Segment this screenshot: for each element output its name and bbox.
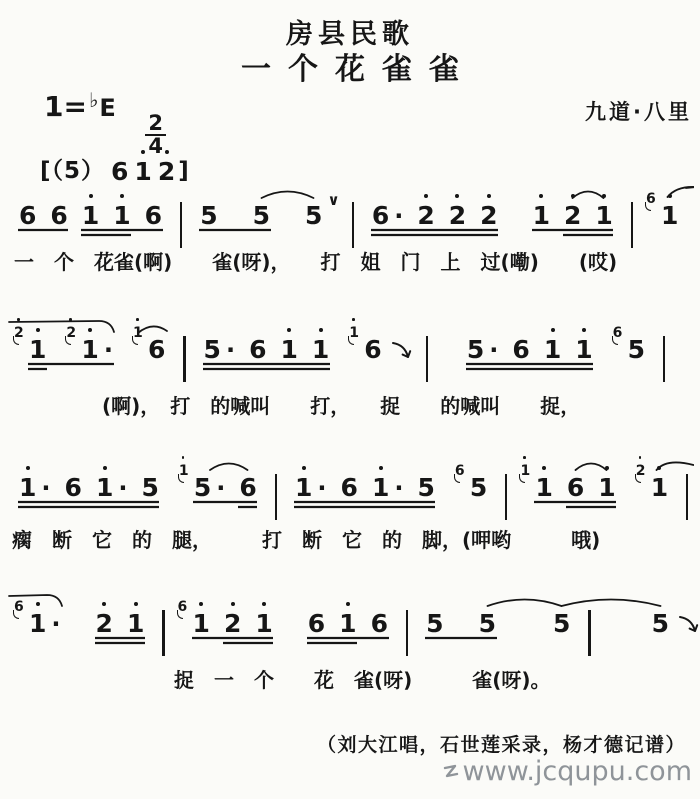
- notation-row: 1·61·515·61·61·565116121: [12, 474, 699, 520]
- barline: [352, 202, 354, 248]
- note-digit: 5: [194, 474, 211, 501]
- augmentation-dot: ·: [118, 475, 127, 502]
- octave-dot: [231, 602, 235, 606]
- octave-dot: [89, 194, 93, 198]
- note: 6: [239, 474, 256, 501]
- note-digit: 2: [564, 202, 581, 229]
- grace-slur-icon: [348, 336, 354, 345]
- jcqupu-logo-icon: [441, 761, 461, 783]
- slide-down-icon: [677, 610, 700, 644]
- slur-arc: [210, 464, 248, 471]
- grace-slur-icon: [177, 610, 183, 619]
- note-digit: 6: [50, 202, 67, 229]
- octave-dot: [455, 194, 459, 198]
- note: 2: [158, 158, 175, 185]
- note: 6: [50, 202, 67, 229]
- sheet-music-page: 房县民歌 一个花雀雀 1=♭E 2 4 九道·八里 [（5）612] 66116…: [0, 0, 700, 799]
- note: 21: [29, 336, 46, 363]
- octave-dot: [523, 456, 526, 459]
- octave-dot: [136, 318, 139, 321]
- octave-dot: [551, 328, 555, 332]
- grace-note: 6: [178, 596, 190, 615]
- note-digit: 1: [533, 202, 550, 229]
- note-digit: 1: [255, 610, 272, 637]
- grace-slur-icon: [132, 336, 138, 345]
- note-digit: 1: [544, 336, 561, 363]
- note-digit: 1: [280, 336, 297, 363]
- note: 65: [470, 474, 487, 501]
- bracket-text: ]: [178, 158, 190, 185]
- note-digit: 1: [295, 474, 312, 501]
- note-digit: 1: [82, 202, 99, 229]
- note: 2: [96, 610, 113, 637]
- note-digit: 1: [193, 610, 210, 637]
- note: 5·: [467, 336, 499, 363]
- barline: [505, 474, 507, 520]
- lyrics-line-2: (啊)， 打 的喊叫 打， 捉 的喊叫 捉，: [6, 390, 694, 419]
- note: 5: [141, 474, 158, 501]
- note: 6: [111, 158, 128, 185]
- grace-note: 2: [14, 322, 26, 341]
- octave-dot: [199, 602, 203, 606]
- note-digit: 5: [479, 610, 496, 637]
- note: 1: [312, 336, 329, 363]
- key-letter: E: [99, 94, 115, 122]
- octave-dot: [582, 328, 586, 332]
- augmentation-dot: ·: [216, 475, 225, 502]
- octave-dot: [36, 602, 40, 606]
- note: 5: [479, 610, 496, 637]
- note-digit: 6: [111, 158, 128, 185]
- lyrics-line-1: 一 个 花雀(啊) 雀(呀)， 打 姐 门 上 过(嘞) (哎): [6, 246, 694, 275]
- octave-dot: [165, 150, 169, 154]
- note: 6: [341, 474, 358, 501]
- augmentation-dot: ·: [41, 475, 50, 502]
- augmentation-dot: ·: [226, 337, 235, 364]
- octave-dot: [88, 328, 92, 332]
- note: 16: [148, 336, 165, 363]
- augmentation-dot: ·: [104, 337, 113, 364]
- note: 1: [339, 610, 356, 637]
- note: 6·: [372, 202, 404, 229]
- grace-slur-icon: [454, 474, 460, 483]
- notation-row: 61·21612161655550: [12, 610, 700, 656]
- slur-arc: [488, 600, 562, 607]
- key-prefix: 1=: [44, 90, 87, 123]
- note: 21: [651, 474, 668, 501]
- note-digit: 6: [364, 336, 381, 363]
- slide-down-icon: [390, 336, 414, 370]
- grace-slur-icon: [65, 336, 71, 345]
- octave-dot: [36, 328, 40, 332]
- grace-note: 6: [14, 596, 26, 615]
- note: 11: [535, 474, 552, 501]
- octave-dot: [26, 466, 30, 470]
- note-digit: 6: [65, 474, 82, 501]
- octave-dot: [571, 194, 575, 198]
- augmentation-dot: ·: [51, 611, 60, 638]
- note: 1: [82, 202, 99, 229]
- barline: [162, 610, 164, 656]
- octave-dot: [141, 150, 145, 154]
- note: 5: [652, 610, 669, 637]
- note: 5: [417, 474, 434, 501]
- note-digit: 1: [29, 610, 46, 637]
- grace-note: 1: [133, 322, 145, 341]
- note: 1: [134, 158, 151, 185]
- grace-slur-icon: [645, 202, 651, 211]
- note-digit: 1: [81, 336, 98, 363]
- note: 6: [371, 610, 388, 637]
- note-digit: 1: [598, 474, 615, 501]
- octave-dot: [287, 328, 291, 332]
- note: 5: [426, 610, 443, 637]
- barline: [406, 610, 408, 656]
- note: 1·: [295, 474, 327, 501]
- note: 5: [553, 610, 570, 637]
- note-digit: 2: [417, 202, 434, 229]
- note-digit: 1: [651, 474, 668, 501]
- note: 5: [305, 202, 322, 229]
- note-digit: 1: [312, 336, 329, 363]
- note-digit: 1: [595, 202, 612, 229]
- note-digit: 1: [113, 202, 130, 229]
- slur-arc: [262, 192, 314, 199]
- song-title: 一个花雀雀: [0, 44, 700, 88]
- grace-note: 6: [613, 322, 625, 341]
- tie-curl-to-next-line: [657, 462, 694, 470]
- music-line-2: 2121·165·611165·61165: [6, 318, 694, 390]
- flat-icon: ♭: [89, 88, 98, 112]
- octave-dot: [134, 602, 138, 606]
- grace-note: 2: [636, 460, 648, 479]
- note: 6: [249, 336, 266, 363]
- note-digit: 5: [470, 474, 487, 501]
- octave-dot: [102, 602, 106, 606]
- notation-row: 2121·165·611165·61165: [12, 336, 676, 382]
- region-label: 九道·八里: [585, 96, 692, 126]
- grace-note: 1: [520, 460, 532, 479]
- note: 2: [417, 202, 434, 229]
- grace-slur-icon: [13, 610, 19, 619]
- note: 6: [567, 474, 584, 501]
- note-digit: 2: [224, 610, 241, 637]
- note: 5·: [204, 336, 236, 363]
- note-digit: 1: [134, 158, 151, 185]
- note-digit: 5: [652, 610, 669, 637]
- note: 15·: [194, 474, 226, 501]
- note-digit: 2: [158, 158, 175, 185]
- note-digit: 1: [372, 474, 389, 501]
- note-digit: 6: [148, 336, 165, 363]
- barline: [588, 610, 590, 656]
- slur-arc: [562, 600, 661, 607]
- note: 1: [127, 610, 144, 637]
- note-digit: 1: [96, 474, 113, 501]
- note: 21·: [81, 336, 113, 363]
- note-digit: 6: [567, 474, 584, 501]
- octave-dot: [262, 602, 266, 606]
- grace-note: 6: [455, 460, 467, 479]
- octave-dot: [542, 466, 546, 470]
- note: 2: [224, 610, 241, 637]
- octave-dot: [657, 466, 661, 470]
- octave-dot: [379, 466, 383, 470]
- notation-row: [（5）612]: [40, 158, 193, 185]
- note-digit: 2: [96, 610, 113, 637]
- grace-note: 1: [349, 322, 361, 341]
- augmentation-dot: ·: [489, 337, 498, 364]
- note: 61: [193, 610, 210, 637]
- note-digit: 6: [372, 202, 389, 229]
- slur-arc: [573, 192, 604, 199]
- barline: [426, 336, 428, 382]
- note-digit: 1: [575, 336, 592, 363]
- note-digit: 5: [553, 610, 570, 637]
- note: 1·: [19, 474, 51, 501]
- octave-dot: [352, 318, 355, 321]
- octave-dot: [639, 456, 642, 459]
- note: 1: [533, 202, 550, 229]
- note-digit: 6: [371, 610, 388, 637]
- note: 1: [280, 336, 297, 363]
- note: 65: [628, 336, 645, 363]
- lyrics-line-4: 捉 一 个 花 雀(呀) 雀(呀)。: [6, 664, 694, 693]
- note-digit: 2: [449, 202, 466, 229]
- bracket-text: [（5）: [40, 158, 105, 185]
- note: 1: [575, 336, 592, 363]
- note: 61: [661, 202, 678, 229]
- barline: [180, 202, 182, 248]
- note: 1: [255, 610, 272, 637]
- grace-slur-icon: [612, 336, 618, 345]
- music-line-3: 1·61·515·61·61·565116121: [6, 456, 694, 528]
- note-digit: 5: [200, 202, 217, 229]
- augmentation-dot: ·: [394, 475, 403, 502]
- note: 6: [308, 610, 325, 637]
- notation-row: 66116555∨6·22212161−: [12, 202, 700, 248]
- note: 1: [598, 474, 615, 501]
- barline: [631, 202, 633, 248]
- breath-mark: ∨: [327, 191, 339, 209]
- note-digit: 1: [661, 202, 678, 229]
- note: 61·: [29, 610, 61, 637]
- note-digit: 5: [141, 474, 158, 501]
- note-digit: 1: [339, 610, 356, 637]
- watermark: www.jcqupu.com: [441, 756, 692, 787]
- note-digit: 5: [467, 336, 484, 363]
- note: 2: [480, 202, 497, 229]
- barline: [663, 336, 665, 382]
- grace-slur-icon: [178, 474, 184, 483]
- note-digit: 6: [239, 474, 256, 501]
- octave-dot: [668, 194, 672, 198]
- octave-dot: [69, 318, 72, 321]
- note-digit: 1: [29, 336, 46, 363]
- note-digit: 6: [249, 336, 266, 363]
- note-digit: 1: [19, 474, 36, 501]
- octave-dot: [487, 194, 491, 198]
- note: 2: [449, 202, 466, 229]
- grace-note: 1: [179, 460, 191, 479]
- note: 1·: [96, 474, 128, 501]
- note: 5: [200, 202, 217, 229]
- note-digit: 5: [628, 336, 645, 363]
- note-digit: 5: [426, 610, 443, 637]
- note: 1: [595, 202, 612, 229]
- note-digit: 6: [145, 202, 162, 229]
- barline: [275, 474, 277, 520]
- octave-dot: [539, 194, 543, 198]
- note-digit: 5: [417, 474, 434, 501]
- note-digit: 6: [308, 610, 325, 637]
- grace-note: 2: [66, 322, 78, 341]
- note-digit: 6: [512, 336, 529, 363]
- octave-dot: [302, 466, 306, 470]
- credits: （刘大江唱，石世莲采录，杨才德记谱）: [317, 730, 686, 757]
- octave-dot: [103, 466, 107, 470]
- octave-dot: [605, 466, 609, 470]
- augmentation-dot: ·: [317, 475, 326, 502]
- barline: [686, 474, 688, 520]
- grace-slur-icon: [519, 474, 525, 483]
- grace-slur-icon: [635, 474, 641, 483]
- slur-arc: [576, 464, 607, 471]
- note-digit: 5: [204, 336, 221, 363]
- note-digit: 2: [480, 202, 497, 229]
- meter-numerator: 2: [145, 113, 166, 136]
- note: 1: [544, 336, 561, 363]
- note-digit: 6: [19, 202, 36, 229]
- octave-dot: [319, 328, 323, 332]
- octave-dot: [17, 318, 20, 321]
- note-digit: 5: [305, 202, 322, 229]
- note-digit: 1: [127, 610, 144, 637]
- note: 6: [145, 202, 162, 229]
- augmentation-dot: ·: [394, 203, 403, 230]
- note: 1: [113, 202, 130, 229]
- barline: [183, 336, 185, 382]
- grace-note: 6: [646, 188, 658, 207]
- note: 5: [253, 202, 270, 229]
- music-line-4: 61·21612161655550: [6, 592, 694, 664]
- note: 16: [364, 336, 381, 363]
- octave-dot: [120, 194, 124, 198]
- octave-dot: [346, 602, 350, 606]
- watermark-text: www.jcqupu.com: [463, 756, 692, 787]
- note-digit: 5: [253, 202, 270, 229]
- octave-dot: [602, 194, 606, 198]
- note: 6: [65, 474, 82, 501]
- note: 1·: [372, 474, 404, 501]
- grace-slur-icon: [13, 336, 19, 345]
- note-digit: 1: [535, 474, 552, 501]
- note-digit: 6: [341, 474, 358, 501]
- lyrics-line-3: 瘸 断 它 的 腿， 打 断 它 的 脚，(呷哟 哦): [6, 524, 694, 553]
- note: 2: [564, 202, 581, 229]
- octave-dot: [424, 194, 428, 198]
- note: 6: [512, 336, 529, 363]
- note: 6: [19, 202, 36, 229]
